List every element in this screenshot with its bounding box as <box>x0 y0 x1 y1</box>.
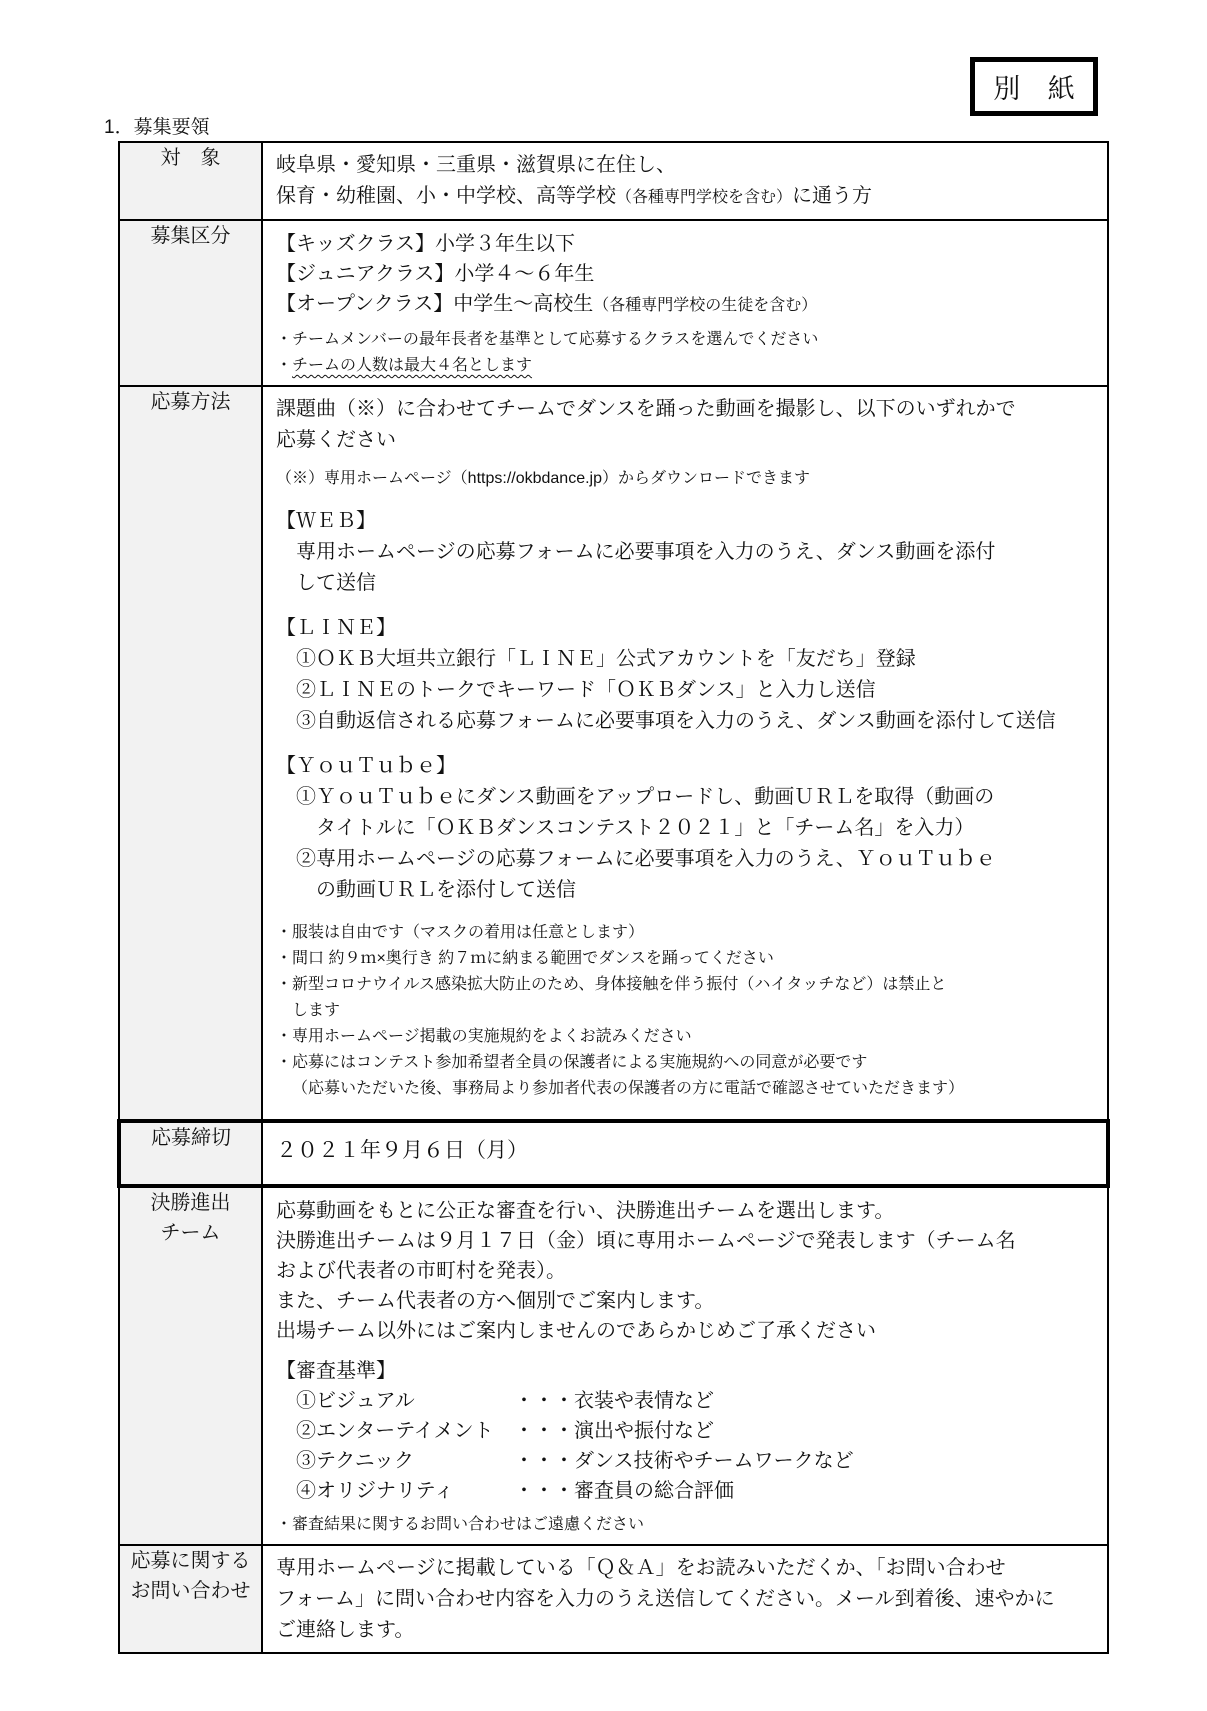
row-content-final: 応募動画をもとに公正な審査を行い、決勝進出チームを選出します。 決勝進出チームは… <box>262 1186 1108 1545</box>
youtube-step-2-line-2: の動画ＵＲＬを添付して送信 <box>276 875 1095 906</box>
method-note-area: ・間口 約９ｍ×奥行き 約７ｍに納まる範囲でダンスを踊ってください <box>276 946 1095 972</box>
criteria-item-originality: ④オリジナリティ・・・審査員の総合評価 <box>276 1476 1095 1506</box>
contact-label-line-2: お問い合わせ <box>120 1576 261 1606</box>
web-step-line-2: して送信 <box>276 568 1095 599</box>
method-intro-line-2: 応募ください <box>276 425 1095 456</box>
class-kids: 【キッズクラス】小学３年生以下 <box>276 229 1095 259</box>
web-section-heading: 【ＷＥＢ】 <box>276 506 1095 537</box>
criteria-item-entertainment: ②エンターテイメント・・・演出や振付など <box>276 1416 1095 1446</box>
guidelines-table: 対 象 岐阜県・愛知県・三重県・滋賀県に在住し、 保育・幼稚園、小・中学校、高等… <box>117 141 1110 1654</box>
page-title: 1．募集要領 <box>104 112 210 139</box>
final-paragraph-4: 出場チーム以外にはご案内しませんのであらかじめご了承ください <box>276 1316 1095 1346</box>
row-label-deadline: 応募締切 <box>119 1121 262 1186</box>
line-step-3: ③自動返信される応募フォームに必要事項を入力のうえ、ダンス動画を添付して送信 <box>276 706 1095 737</box>
row-label-category: 募集区分 <box>119 220 262 386</box>
contact-line-1: 専用ホームページに掲載している「Ｑ＆Ａ」をお読みいただくか、「お問い合わせ <box>276 1553 1095 1584</box>
contact-line-3: ご連絡します。 <box>276 1615 1095 1646</box>
category-note-2: ・チームの人数は最大４名とします <box>276 353 1095 379</box>
criteria-item-visual: ①ビジュアル・・・衣装や表情など <box>276 1386 1095 1416</box>
table-row-contact: 応募に関する お問い合わせ 専用ホームページに掲載している「Ｑ＆Ａ」をお読みいた… <box>119 1545 1108 1653</box>
method-note-covid-line-1: ・新型コロナウイルス感染拡大防止のため、身体接触を伴う振付（ハイタッチなど）は禁… <box>276 972 1095 998</box>
youtube-step-1-line-1: ①ＹｏｕＴｕｂｅにダンス動画をアップロードし、動画ＵＲＬを取得（動画の <box>276 782 1095 813</box>
table-row-category: 募集区分 【キッズクラス】小学３年生以下 【ジュニアクラス】小学４～６年生 【オ… <box>119 220 1108 386</box>
attachment-tag-box: 別 紙 <box>970 57 1098 116</box>
row-content-target: 岐阜県・愛知県・三重県・滋賀県に在住し、 保育・幼稚園、小・中学校、高等学校（各… <box>262 142 1108 220</box>
table-row-method: 応募方法 課題曲（※）に合わせてチームでダンスを踊った動画を撮影し、以下のいずれ… <box>119 386 1108 1121</box>
attachment-tag-label: 別 紙 <box>993 67 1085 106</box>
row-label-contact: 応募に関する お問い合わせ <box>119 1545 262 1653</box>
line-step-2: ②ＬＩＮＥのトークでキーワード「ＯＫＢダンス」と入力し送信 <box>276 675 1095 706</box>
row-content-contact: 専用ホームページに掲載している「Ｑ＆Ａ」をお読みいただくか、「お問い合わせ フォ… <box>262 1545 1108 1653</box>
deadline-value: ２０２１年９月６日（月） <box>262 1121 1108 1186</box>
class-junior: 【ジュニアクラス】小学４～６年生 <box>276 259 1095 289</box>
line-step-1: ①ＯＫＢ大垣共立銀行「ＬＩＮＥ」公式アカウントを「友だち」登録 <box>276 644 1095 675</box>
final-paragraph-3: また、チーム代表者の方へ個別でご案内します。 <box>276 1286 1095 1316</box>
row-label-final: 決勝進出 チーム <box>119 1186 262 1545</box>
youtube-step-2-line-1: ②専用ホームページの応募フォームに必要事項を入力のうえ、ＹｏｕＴｕｂｅ <box>276 844 1095 875</box>
row-content-method: 課題曲（※）に合わせてチームでダンスを踊った動画を撮影し、以下のいずれかで 応募… <box>262 386 1108 1121</box>
final-paragraph-2-line-1: 決勝進出チームは９月１７日（金）頃に専用ホームページで発表します（チーム名 <box>276 1226 1095 1256</box>
method-note-guardian-line-2: （応募いただいた後、事務局より参加者代表の保護者の方に電話で確認させていただきま… <box>276 1076 1095 1102</box>
web-step-line-1: 専用ホームページの応募フォームに必要事項を入力のうえ、ダンス動画を添付 <box>276 537 1095 568</box>
youtube-section-heading: 【ＹｏｕＴｕｂｅ】 <box>276 751 1095 782</box>
method-note-rules: ・専用ホームページ掲載の実施規約をよくお読みください <box>276 1024 1095 1050</box>
row-label-target: 対 象 <box>119 142 262 220</box>
contact-label-line-1: 応募に関する <box>120 1546 261 1576</box>
final-paragraph-1: 応募動画をもとに公正な審査を行い、決勝進出チームを選出します。 <box>276 1196 1095 1226</box>
method-note-covid-line-2: します <box>276 998 1095 1024</box>
criteria-item-technique: ③テクニック・・・ダンス技術やチームワークなど <box>276 1446 1095 1476</box>
category-note-1: ・チームメンバーの最年長者を基準として応募するクラスを選んでください <box>276 327 1095 353</box>
final-note: ・審査結果に関するお問い合わせはご遠慮ください <box>276 1512 1095 1538</box>
song-download-note: （※）専用ホームページ（https://okbdance.jp）からダウンロード… <box>276 466 1095 492</box>
method-note-guardian-line-1: ・応募にはコンテスト参加希望者全員の保護者による実施規約への同意が必要です <box>276 1050 1095 1076</box>
table-row-final: 決勝進出 チーム 応募動画をもとに公正な審査を行い、決勝進出チームを選出します。… <box>119 1186 1108 1545</box>
row-content-category: 【キッズクラス】小学３年生以下 【ジュニアクラス】小学４～６年生 【オープンクラ… <box>262 220 1108 386</box>
youtube-step-1-line-2: タイトルに「ＯＫＢダンスコンテスト２０２１」と「チーム名」を入力） <box>276 813 1095 844</box>
table-row-deadline: 応募締切 ２０２１年９月６日（月） <box>119 1121 1108 1186</box>
final-label-line-2: チーム <box>120 1218 261 1248</box>
target-line-1: 岐阜県・愛知県・三重県・滋賀県に在住し、 <box>276 150 1095 181</box>
target-line-2: 保育・幼稚園、小・中学校、高等学校（各種専門学校を含む）に通う方 <box>276 181 1095 213</box>
final-paragraph-2-line-2: および代表者の市町村を発表）。 <box>276 1256 1095 1286</box>
method-note-dress: ・服装は自由です（マスクの着用は任意とします） <box>276 920 1095 946</box>
contact-line-2: フォーム」に問い合わせ内容を入力のうえ送信してください。メール到着後、速やかに <box>276 1584 1095 1615</box>
final-label-line-1: 決勝進出 <box>120 1188 261 1218</box>
row-label-method: 応募方法 <box>119 386 262 1121</box>
method-intro-line-1: 課題曲（※）に合わせてチームでダンスを踊った動画を撮影し、以下のいずれかで <box>276 394 1095 425</box>
table-row-target: 対 象 岐阜県・愛知県・三重県・滋賀県に在住し、 保育・幼稚園、小・中学校、高等… <box>119 142 1108 220</box>
line-section-heading: 【ＬＩＮＥ】 <box>276 613 1095 644</box>
criteria-heading: 【審査基準】 <box>276 1356 1095 1386</box>
class-open: 【オープンクラス】中学生～高校生（各種専門学校の生徒を含む） <box>276 289 1095 321</box>
